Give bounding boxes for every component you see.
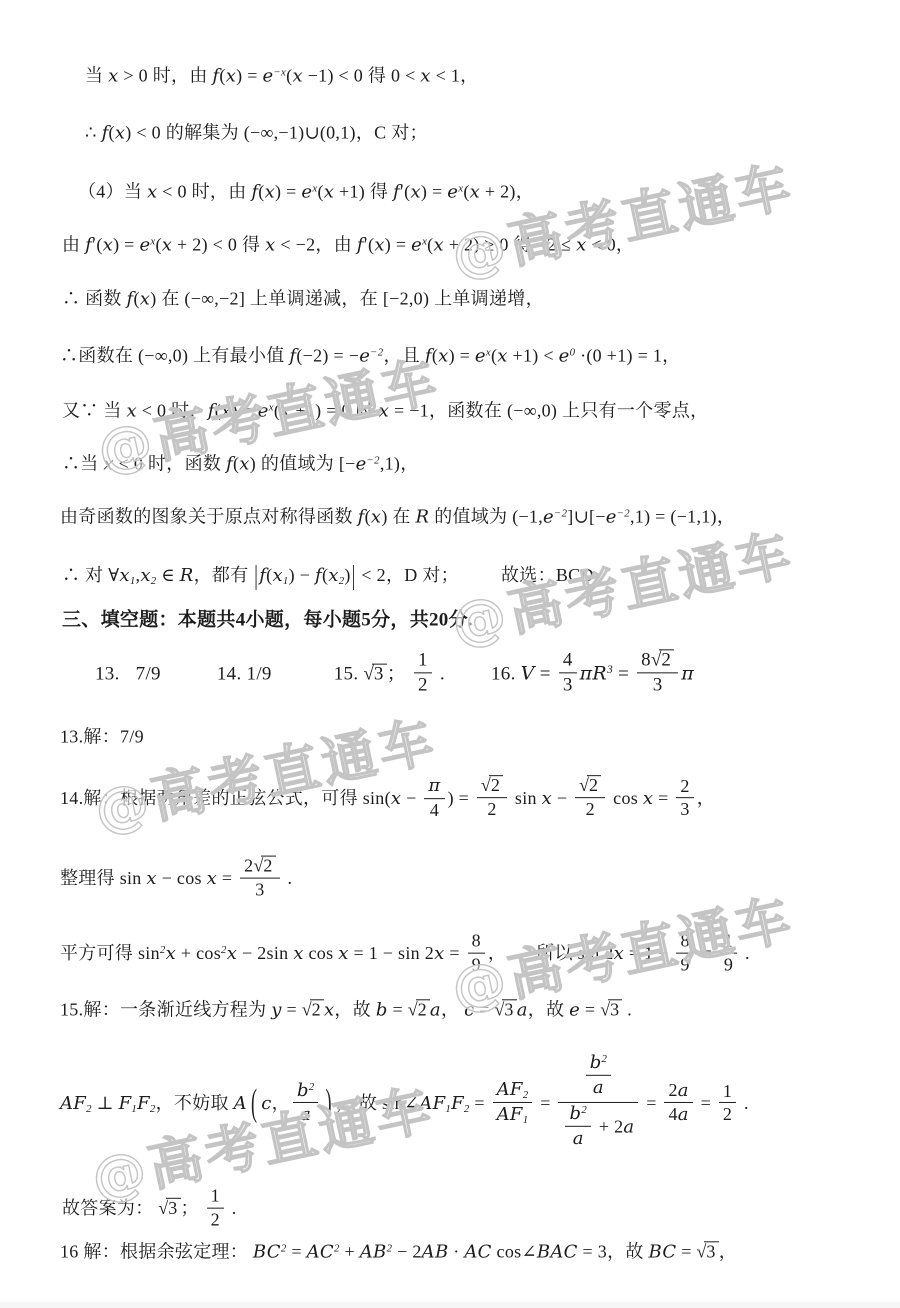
math-text: x: [103, 453, 113, 474]
math-text: e: [606, 506, 617, 527]
text: ∴ 函数: [62, 288, 127, 308]
math-text: x: [434, 943, 444, 964]
line-q14-sine-formula: 14.解：根据两角差的正弦公式，可得 sin(x − π4) = √22 sin…: [60, 776, 715, 823]
text: +1) = 0 时: [291, 400, 379, 420]
line-section-heading-fill-in: 三、填空题：本题共4小题，每小题5分，共20分.: [62, 609, 473, 634]
square-root: √3: [363, 662, 386, 687]
text: =: [580, 999, 600, 1019]
math-text: b: [569, 1103, 581, 1124]
math-text: BC: [649, 1241, 677, 1262]
line-q15-sine-angle: AF2 ⊥ F1F2，不妨取 A(c，b2a)， 故 sin∠AF1F2 = A…: [60, 1054, 749, 1156]
math-text: x: [438, 345, 448, 366]
text: ) 在: [381, 506, 415, 526]
text: − 2sin: [237, 943, 293, 963]
math-text: e: [475, 345, 486, 366]
text: ，: [697, 788, 715, 808]
text: 9: [724, 954, 733, 974]
text: =: [653, 788, 673, 808]
math-text: e: [301, 181, 312, 202]
text: 1: [211, 1186, 220, 1206]
text: 15.解：一条渐近线方程为: [60, 999, 271, 1019]
text: .: [739, 1093, 749, 1113]
text: ，故: [528, 999, 569, 1019]
text: ,1)，: [380, 453, 419, 473]
text: 由: [62, 234, 85, 254]
text: > 0 时，由: [119, 65, 213, 85]
line-q15-final-answer: 故答案为： √3； 12 .: [62, 1187, 237, 1233]
text: ，: [441, 999, 464, 1019]
text: 9: [472, 954, 481, 974]
text: −2: [370, 346, 383, 358]
text: 所以 sin 2: [536, 943, 613, 963]
math-text: b: [297, 1080, 309, 1101]
text: ′(: [364, 234, 375, 254]
line-conclusion-bcd: ∴ 对 ∀x1,x2 ∈ R，都有 |f(x1) − f(x2)| < 2，D …: [62, 564, 599, 588]
math-text: x: [324, 181, 334, 202]
text: −2: [617, 507, 630, 519]
text: 当: [85, 65, 108, 85]
fraction: b2ab2a + 2a: [558, 1052, 638, 1154]
square-root: √3: [697, 1240, 719, 1263]
math-text: x: [140, 288, 150, 309]
text: ，不妨取: [156, 1093, 234, 1113]
text: ，: [719, 1241, 737, 1261]
math-text: f: [208, 400, 215, 421]
text: ；: [181, 1198, 204, 1218]
math-text: x: [108, 65, 118, 86]
text: =: [287, 1241, 307, 1261]
math-text: F: [451, 1093, 464, 1114]
text: ): [325, 1079, 331, 1128]
fraction: AF2AF1: [493, 1078, 533, 1128]
text: =: [696, 1093, 716, 1113]
text: 2: [487, 799, 496, 819]
text: 4: [563, 649, 573, 670]
text: ′(: [92, 234, 103, 254]
text: − cos: [157, 868, 207, 888]
math-text: x: [614, 943, 624, 964]
fraction: 19: [720, 930, 737, 976]
text: 8: [472, 931, 481, 951]
math-text: V: [521, 662, 535, 684]
text: .: [622, 999, 632, 1019]
math-text: a: [678, 1104, 689, 1125]
text: 故选：BCD.: [501, 565, 599, 585]
text: ) −: [289, 565, 315, 585]
math-text: x: [207, 868, 217, 889]
fraction: 2√23: [240, 855, 280, 901]
text: 4: [668, 1104, 677, 1124]
math-text: e: [258, 400, 269, 421]
text: ， 故 sin∠: [336, 1093, 420, 1113]
math-text: x: [221, 400, 231, 421]
square-root: √2: [302, 998, 324, 1021]
math-text: AF: [60, 1093, 86, 1114]
math-text: e: [263, 65, 274, 86]
text: 1: [418, 649, 428, 670]
math-text: e: [447, 181, 458, 202]
math-text: R: [180, 565, 194, 586]
text: − 2: [392, 1241, 421, 1261]
math-text: f: [358, 506, 365, 527]
text: 8: [680, 931, 689, 951]
text: ，故: [334, 999, 375, 1019]
text: ，: [272, 1093, 290, 1113]
text: =: [445, 943, 465, 963]
math-text: x: [374, 234, 384, 255]
text: ) =: [275, 181, 301, 201]
math-text: x: [162, 234, 172, 255]
text: = −1，函数在 (−∞,0) 上只有一个零点，: [389, 400, 708, 420]
text: ∴ 对 ∀: [62, 565, 119, 585]
text: (−2) = −: [296, 345, 359, 365]
math-text: x: [371, 506, 381, 527]
math-text: b: [590, 1052, 602, 1073]
text: =: [676, 1241, 696, 1261]
math-text: AF: [497, 1079, 523, 1100]
text: 故答案为：: [62, 1198, 158, 1218]
math-text: x: [328, 565, 338, 586]
math-text: BAC: [537, 1241, 578, 1262]
math-text: x: [420, 65, 430, 86]
math-text: x: [576, 234, 586, 255]
math-text: x: [379, 400, 389, 421]
text: −1) < 0 得 0 <: [303, 65, 420, 85]
text: ]∪[−: [567, 506, 605, 526]
text: ) =: [231, 400, 257, 420]
text: ，且: [383, 345, 424, 365]
text: ·(0 +1) = 1，: [575, 345, 680, 365]
text: +1) <: [508, 345, 559, 365]
line-minimum-value: ∴函数在 (−∞,0) 上有最小值 f(−2) = −e−2，且 f(x) = …: [60, 344, 680, 367]
square-root: √2: [579, 776, 601, 797]
text: = 1 − sin 2: [349, 943, 434, 963]
math-text: AB: [360, 1241, 387, 1262]
fraction: 23: [676, 775, 693, 821]
text: =: [535, 663, 556, 684]
text: 3: [255, 879, 264, 899]
math-text: e: [139, 234, 150, 255]
math-text: x: [265, 181, 275, 202]
math-text: e: [359, 345, 370, 366]
text: ′(: [400, 181, 411, 201]
text: ) =: [236, 65, 262, 85]
math-text: a: [430, 999, 441, 1020]
math-text: f: [425, 345, 432, 366]
text: ∈: [157, 565, 180, 585]
text: 由奇函数的图象关于原点对称得函数: [60, 506, 358, 526]
text: 4: [430, 800, 439, 820]
text: 8: [641, 649, 651, 670]
text: 2: [523, 1089, 529, 1101]
math-text: x: [293, 943, 303, 964]
text: cos∠: [492, 1241, 537, 1261]
math-text: A: [234, 1093, 247, 1114]
text: 1: [523, 1114, 529, 1126]
text: .: [283, 868, 293, 888]
fraction: √22: [477, 775, 507, 821]
text: < 0，: [587, 234, 635, 254]
math-text: a: [573, 1128, 584, 1149]
scanned-exam-solution-page: 当 x > 0 时，由 f(x) = e−x(x −1) < 0 得 0 < x…: [0, 0, 900, 1308]
math-text: x: [127, 400, 137, 421]
fraction: b2a: [293, 1079, 319, 1127]
math-text: x: [119, 565, 129, 586]
text: = 3，故: [578, 1241, 649, 1261]
math-text: b: [376, 999, 388, 1020]
fraction: 12: [414, 648, 432, 697]
text: ) =: [448, 788, 474, 808]
fraction: 89: [676, 930, 693, 976]
math-text: e: [543, 506, 554, 527]
text: ⊥: [92, 1093, 119, 1113]
math-text: f: [226, 453, 233, 474]
fraction: 12: [207, 1185, 224, 1231]
square-root: √2: [481, 776, 503, 797]
math-text: AB: [422, 1241, 449, 1262]
square-root: √2: [253, 856, 275, 877]
text: −: [401, 788, 421, 808]
line-q14-square: 平方可得 sin2x + cos2x − 2sin x cos x = 1 − …: [60, 932, 750, 978]
text: < 0 时，函数: [114, 453, 226, 473]
math-text: a: [623, 1117, 634, 1138]
math-text: x: [239, 453, 249, 474]
square-root: √3: [158, 1197, 180, 1220]
math-text: x: [643, 788, 653, 809]
text: 2: [581, 1104, 587, 1116]
math-text: AC: [307, 1241, 334, 1262]
math-text: πR: [580, 662, 607, 684]
math-text: x: [324, 999, 334, 1020]
line-q16-cosine-rule: 16 解：根据余弦定理： BC2 = AC2 + AB2 − 2AB · AC …: [60, 1240, 737, 1263]
text: 2: [211, 1209, 220, 1229]
text: .: [227, 1198, 237, 1218]
text: 16.: [491, 663, 521, 684]
line-q13-solution: 13.解：7/9: [60, 725, 144, 748]
text: 2: [586, 799, 595, 819]
math-text: a: [300, 1104, 311, 1125]
text: 2: [723, 1104, 732, 1124]
text: 13.: [95, 663, 120, 684]
math-text: x: [497, 345, 507, 366]
text: =: [697, 943, 717, 963]
math-text: x: [433, 234, 443, 255]
text: 2: [309, 1081, 315, 1093]
math-text: a: [678, 1080, 689, 1101]
text: |: [254, 558, 258, 594]
text: ；: [387, 663, 411, 684]
text: + cos: [176, 943, 221, 963]
math-text: y: [271, 999, 281, 1020]
text: 平方可得 sin: [60, 943, 160, 963]
text: = 1 −: [624, 943, 673, 963]
math-text: f: [357, 234, 364, 255]
text: =: [641, 1093, 661, 1113]
line-answers-row: 13.7/914. 1/915. √3； 12 .16. V = 43πR3 =…: [95, 651, 694, 700]
math-text: π: [428, 775, 440, 796]
text: 13.解：7/9: [60, 726, 144, 746]
text: + 2)，: [480, 181, 534, 201]
text: ,1) = (−1,1)，: [630, 506, 735, 526]
math-text: x: [146, 868, 156, 889]
bold-text: 三、填空题：本题共4小题，每小题5分，共20分.: [62, 610, 473, 631]
math-text: F: [119, 1093, 132, 1114]
text: + 2) ≥ 0 得 −2 ≤: [444, 234, 576, 254]
text: < −2，由: [276, 234, 357, 254]
text: ∴函数在 (−∞,0) 上有最小值: [60, 345, 289, 365]
math-text: x: [542, 788, 552, 809]
math-text: x: [147, 181, 157, 202]
text: ) =: [449, 345, 475, 365]
line-solution-set-c: ∴ f(x) < 0 的解集为 (−∞,−1)∪(0,1)，C 对；: [85, 121, 428, 144]
math-text: f: [315, 565, 322, 586]
math-text: c: [464, 999, 474, 1020]
math-text: x: [226, 65, 236, 86]
fraction: 8√23: [637, 648, 678, 697]
text: ) < 0 的解集为 (−∞,−1)∪(0,1)，C 对；: [125, 122, 428, 142]
text: −2: [554, 507, 567, 519]
text: ，: [488, 943, 506, 963]
square-root: √3: [495, 998, 517, 1021]
text: < 1，: [431, 65, 479, 85]
text: ) =: [385, 234, 411, 254]
math-text: x: [265, 234, 275, 255]
text: +: [340, 1241, 360, 1261]
fraction: 43: [559, 648, 577, 697]
text: 3: [563, 674, 573, 695]
math-text: f: [102, 122, 109, 143]
line-derivative-signs: 由 f′(x) = ex(x + 2) < 0 得 x < −2，由 f′(x)…: [62, 233, 634, 256]
math-text: a: [593, 1076, 604, 1097]
line-case-x-positive: 当 x > 0 时，由 f(x) = e−x(x −1) < 0 得 0 < x…: [85, 64, 478, 87]
text: ): [344, 565, 350, 585]
text: ) =: [113, 234, 139, 254]
fraction: 2a4a: [664, 1079, 692, 1127]
text: .: [740, 943, 750, 963]
text: =: [217, 868, 237, 888]
math-text: x: [166, 943, 176, 964]
math-text: x: [470, 181, 480, 202]
math-text: e: [569, 999, 580, 1020]
text: =: [613, 663, 634, 684]
text: |: [352, 558, 356, 594]
line-q15-asymptote: 15.解：一条渐近线方程为 y = √2x，故 b = √2a， c = √3a…: [60, 998, 632, 1021]
text: 3: [653, 674, 663, 695]
text: + 2: [594, 1117, 623, 1137]
math-text: x: [391, 788, 401, 809]
math-text: AF: [497, 1104, 523, 1125]
fraction: b2a: [586, 1051, 612, 1099]
watermark: @高考直通车: [444, 143, 800, 291]
square-root: √2: [408, 998, 430, 1021]
text: +1) 得: [334, 181, 393, 201]
math-text: e: [356, 453, 367, 474]
math-text: x: [280, 400, 290, 421]
text: 3: [680, 799, 689, 819]
math-text: BC: [253, 1241, 281, 1262]
text: （4）当: [78, 181, 147, 201]
fraction: 89: [468, 930, 485, 976]
text: ∴: [85, 122, 102, 142]
line-q14-simplify: 整理得 sin x − cos x = 2√23 .: [60, 857, 292, 903]
text: 2: [244, 856, 253, 876]
square-root: √3: [600, 998, 622, 1021]
text: =: [474, 999, 494, 1019]
math-text: x: [227, 943, 237, 964]
text: −: [552, 788, 572, 808]
text: cos: [608, 788, 643, 808]
math-text: π: [681, 662, 694, 684]
fraction: π4: [424, 774, 444, 821]
fraction: 12: [719, 1080, 736, 1126]
text: 7/9: [136, 663, 161, 684]
math-text: R: [416, 506, 430, 527]
math-text: x: [115, 122, 125, 143]
math-text: a: [517, 999, 528, 1020]
math-text: x: [140, 565, 150, 586]
text: (: [251, 1079, 257, 1128]
text: ) 在 (−∞,−2] 上单调递减，在 [−2,0) 上单调递增，: [150, 288, 544, 308]
text: < 2，D 对；: [357, 565, 459, 585]
math-text: e: [411, 234, 422, 255]
line-monotonicity: ∴ 函数 f(x) 在 (−∞,−2] 上单调递减，在 [−2,0) 上单调递增…: [62, 287, 544, 310]
text: −x: [273, 66, 286, 78]
math-text: e: [559, 345, 570, 366]
text: ) 的值域为 [−: [250, 453, 356, 473]
math-text: x: [272, 565, 282, 586]
text: sin: [510, 788, 542, 808]
math-text: AF: [419, 1093, 445, 1114]
math-text: f: [393, 181, 400, 202]
text: =: [282, 999, 302, 1019]
text: 16 解：根据余弦定理：: [60, 1241, 253, 1261]
text: 9: [680, 954, 689, 974]
math-text: AC: [464, 1241, 491, 1262]
text: 又∵ 当: [62, 400, 127, 420]
text: 整理得 sin: [60, 868, 146, 888]
text: 2: [602, 1053, 608, 1065]
math-text: c: [261, 1093, 271, 1114]
text: 1: [724, 931, 733, 951]
text: −2: [367, 454, 380, 466]
text: =: [535, 1093, 555, 1113]
text: < 0 时，由: [157, 181, 251, 201]
line-range-x-negative: ∴当 x < 0 时，函数 f(x) 的值域为 [−e−2,1)，: [62, 452, 419, 475]
text: 2: [668, 1080, 677, 1100]
square-root: √2: [651, 649, 674, 671]
text: 14. 1/9: [217, 663, 272, 684]
text: =: [470, 1093, 490, 1113]
math-text: x: [292, 65, 302, 86]
math-text: x: [103, 234, 113, 255]
text: + 2) < 0 得: [172, 234, 265, 254]
text: ，都有: [194, 565, 254, 585]
fraction: √22: [575, 775, 605, 821]
text: 2: [418, 674, 428, 695]
text: 的值域为 (−1,: [429, 506, 543, 526]
text: ∴当: [62, 453, 103, 473]
line-zero-point: 又∵ 当 x < 0 时，f(x) = ex(x +1) = 0 时 x = −…: [62, 399, 708, 422]
text: 14.解：根据两角差的正弦公式，可得 sin(: [60, 788, 391, 808]
text: 1: [723, 1081, 732, 1101]
text: ·: [448, 1241, 464, 1261]
text: .: [435, 663, 445, 684]
text: ) =: [421, 181, 447, 201]
scan-edge-shadow: [0, 1302, 900, 1308]
text: 15.: [334, 663, 364, 684]
text: cos: [304, 943, 339, 963]
text: =: [388, 999, 408, 1019]
